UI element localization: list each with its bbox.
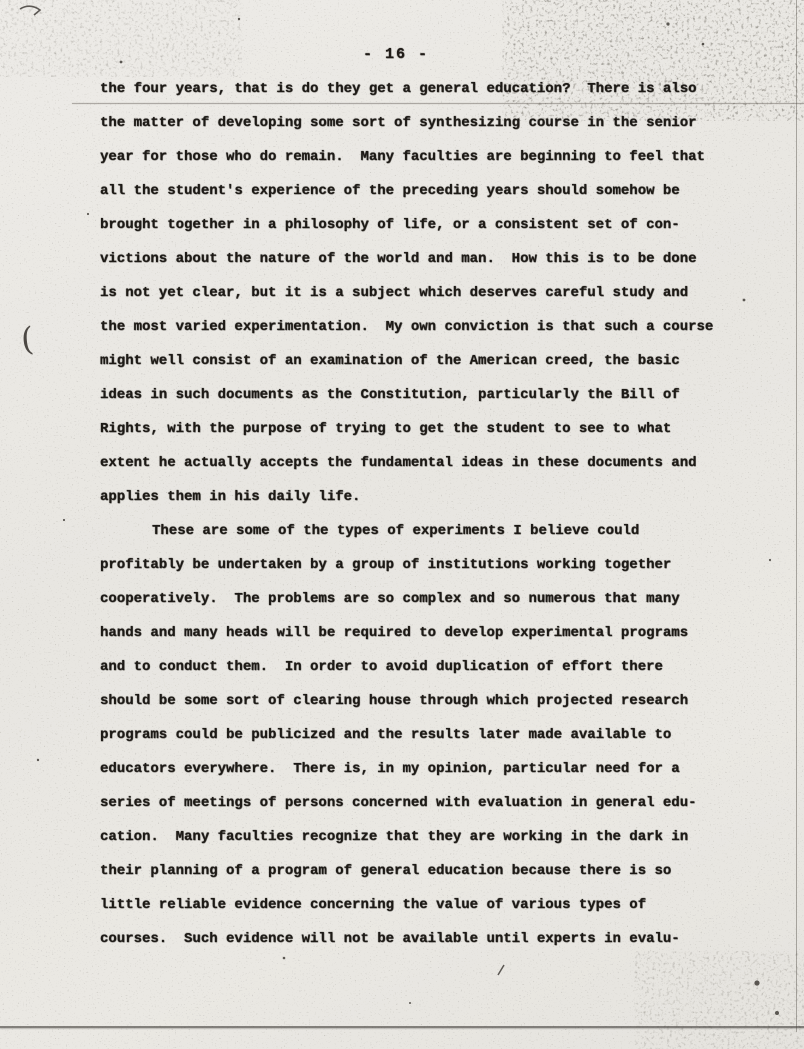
typewritten-line: extent he actually accepts the fundament… (100, 446, 760, 480)
paragraph: These are some of the types of experimen… (100, 514, 760, 956)
typewritten-line: hands and many heads will be required to… (100, 616, 760, 650)
typewritten-line: victions about the nature of the world a… (100, 242, 760, 276)
page-number: - 16 - (0, 46, 798, 63)
margin-annotation-mark: ( (19, 320, 35, 359)
paragraph: the four years, that is do they get a ge… (100, 72, 760, 514)
typewritten-line: the four years, that is do they get a ge… (100, 72, 760, 106)
document-page: ( - 16 - the four years, that is do they… (0, 0, 804, 1049)
typewritten-line: might well consist of an examination of … (100, 344, 760, 378)
typewritten-line: the most varied experimentation. My own … (100, 310, 760, 344)
typewritten-line: should be some sort of clearing house th… (100, 684, 760, 718)
typewritten-line: profitably be undertaken by a group of i… (100, 548, 760, 582)
typewritten-line: ideas in such documents as the Constitut… (100, 378, 760, 412)
text-block: the four years, that is do they get a ge… (100, 72, 760, 956)
typewritten-line: educators everywhere. There is, in my op… (100, 752, 760, 786)
typewritten-line: and to conduct them. In order to avoid d… (100, 650, 760, 684)
scan-artifact-line-right (796, 0, 797, 1032)
typewritten-line: cooperatively. The problems are so compl… (100, 582, 760, 616)
typewritten-line: all the student's experience of the prec… (100, 174, 760, 208)
typewritten-line: cation. Many faculties recognize that th… (100, 820, 760, 854)
typewritten-line: is not yet clear, but it is a subject wh… (100, 276, 760, 310)
typewritten-line: applies them in his daily life. (100, 480, 760, 514)
typewritten-line: Rights, with the purpose of trying to ge… (100, 412, 760, 446)
typewritten-line: little reliable evidence concerning the … (100, 888, 760, 922)
typewritten-line: brought together in a philosophy of life… (100, 208, 760, 242)
typewritten-line: programs could be publicized and the res… (100, 718, 760, 752)
typewritten-line: These are some of the types of experimen… (100, 514, 760, 548)
typewritten-line: year for those who do remain. Many facul… (100, 140, 760, 174)
typewritten-line: their planning of a program of general e… (100, 854, 760, 888)
typewritten-line: the matter of developing some sort of sy… (100, 106, 760, 140)
scan-artifact-line-bottom (0, 1026, 804, 1028)
typewritten-line: courses. Such evidence will not be avail… (100, 922, 760, 956)
typewritten-line: series of meetings of persons concerned … (100, 786, 760, 820)
corner-smudge-bottom-right (650, 960, 804, 1049)
